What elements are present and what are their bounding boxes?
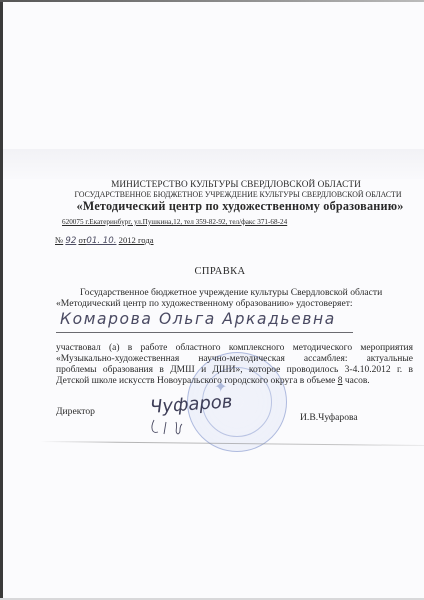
header-ministry: МИНИСТЕРСТВО КУЛЬТУРЫ СВЕРДЛОВСКОЙ ОБЛАС… [24, 180, 424, 190]
body-line-2: «Музыкально-художественная научно-методи… [56, 354, 413, 364]
signer-name: И.В.Чуфарова [300, 412, 358, 423]
date-value: 01. 10. [86, 236, 116, 246]
scan-edge-left [0, 0, 3, 600]
intro-line-2: «Методический центр по художественному о… [56, 298, 353, 309]
header-center-name: «Методический центр по художественному о… [28, 199, 424, 214]
paper-fold-shadow [3, 149, 424, 179]
header-address: 620075 г.Екатеринбург, ул.Пушкина,12, те… [62, 218, 287, 226]
date-suffix: 2012 года [119, 235, 154, 245]
body-line-4-suffix: часов. [342, 376, 369, 386]
document-title: СПРАВКА [8, 266, 424, 277]
header-institution: ГОСУДАРСТВЕННОЕ БЮДЖЕТНОЕ УЧРЕЖДЕНИЕ КУЛ… [41, 190, 424, 199]
document-page: МИНИСТЕРСТВО КУЛЬТУРЫ СВЕРДЛОВСКОЙ ОБЛАС… [0, 0, 424, 600]
body-line-1: участвовал (а) в работе областного компл… [56, 343, 413, 353]
intro-line-1: Государственное бюджетное учреждение кул… [80, 287, 382, 298]
body-line-3: проблемы образования в ДМШ и ДШИ», котор… [56, 365, 413, 375]
recipient-name-field: Комарова Ольга Аркадьевна [56, 310, 353, 333]
number-label: № [55, 235, 63, 245]
reference-line: № 92 от01. 10. 2012 года [55, 235, 154, 246]
body-line-4: Детской школе искусств Новоуральского го… [56, 376, 413, 386]
number-value: 92 [65, 236, 76, 246]
body-line-4-prefix: Детской школе искусств Новоуральского го… [56, 376, 338, 386]
signature-stroke-icon [148, 418, 198, 436]
scan-edge-top [0, 0, 424, 2]
recipient-name-handwritten: Комарова Ольга Аркадьевна [60, 310, 336, 329]
signer-position: Директор [56, 406, 95, 417]
